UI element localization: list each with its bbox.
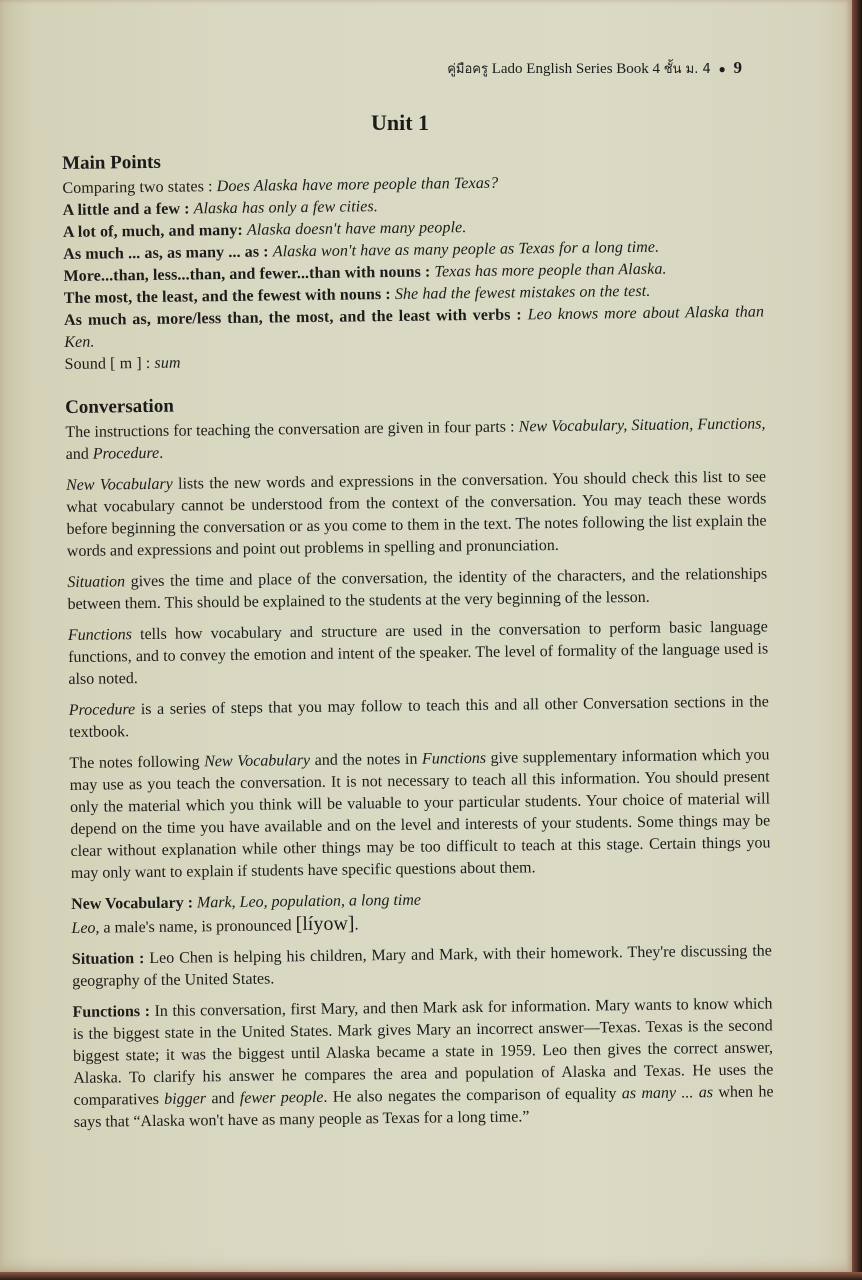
page-content: Main Points Comparing two states : Does … bbox=[62, 143, 774, 1142]
new-vocabulary-paragraph: New Vocabulary lists the new words and e… bbox=[66, 466, 767, 563]
unit-title: Unit 1 bbox=[0, 110, 800, 136]
thai-teacher-manual-label: คู่มือครู bbox=[447, 62, 488, 77]
pronunciation: [líyow] bbox=[295, 912, 354, 935]
page-edge-shadow bbox=[852, 0, 862, 1280]
conversation-section: Conversation The instructions for teachi… bbox=[65, 387, 774, 1133]
notes-paragraph: The notes following New Vocabulary and t… bbox=[69, 744, 771, 885]
situation-note: Situation : Leo Chen is helping his chil… bbox=[72, 940, 772, 993]
situation-paragraph: Situation gives the time and place of th… bbox=[67, 563, 767, 616]
bullet-icon: ● bbox=[719, 62, 726, 76]
functions-paragraph: Functions tells how vocabulary and struc… bbox=[68, 616, 769, 691]
new-vocabulary-block: New Vocabulary : Mark, Leo, population, … bbox=[71, 885, 772, 940]
sound-symbol: [ m ] bbox=[110, 355, 142, 372]
page-number: 9 bbox=[734, 58, 743, 77]
intro-paragraph: The instructions for teaching the conver… bbox=[65, 413, 765, 466]
main-points-list: Comparing two states : Does Alaska have … bbox=[62, 169, 764, 354]
sound-example: sum bbox=[154, 355, 180, 372]
book-page: คู่มือครู Lado English Series Book 4 ชั้… bbox=[0, 0, 852, 1272]
procedure-paragraph: Procedure is a series of steps that you … bbox=[69, 691, 769, 744]
functions-note: Functions : In this conversation, first … bbox=[72, 993, 774, 1134]
series-title: Lado English Series Book 4 bbox=[492, 61, 660, 77]
thai-grade-label: ชั้น ม. 4 bbox=[664, 62, 711, 77]
page-bottom-shadow bbox=[0, 1272, 862, 1280]
main-points-section: Main Points Comparing two states : Does … bbox=[62, 143, 765, 376]
running-head: คู่มือครู Lado English Series Book 4 ชั้… bbox=[447, 58, 742, 79]
